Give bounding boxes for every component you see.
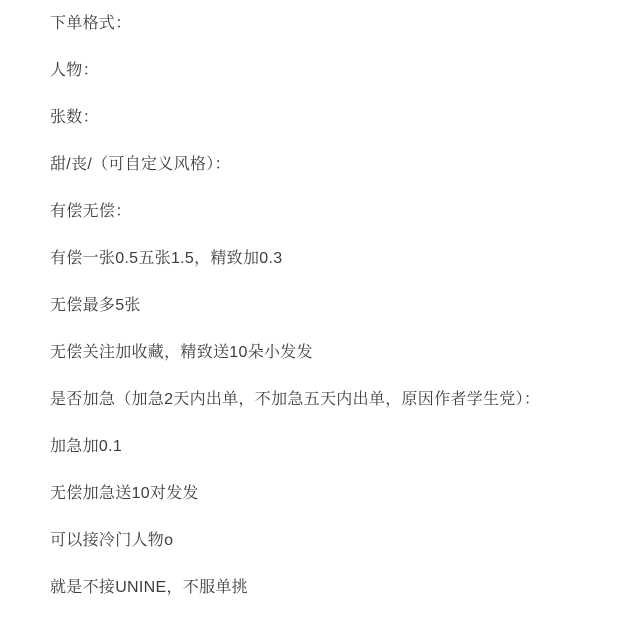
article-body: 下单格式： 人物： 张数： 甜/丧/（可自定义风格）： 有偿无偿： 有偿一张0.… bbox=[0, 0, 640, 618]
paragraph-style-field: 甜/丧/（可自定义风格）： bbox=[50, 156, 600, 173]
paragraph-paid-or-free-field: 有偿无偿： bbox=[50, 203, 600, 220]
paragraph-free-requirements: 无偿关注加收藏，精致送10朵小发发 bbox=[50, 344, 600, 361]
paragraph-paid-pricing: 有偿一张0.5五张1.5，精致加0.3 bbox=[50, 250, 600, 267]
paragraph-rush-pricing: 加急加0.1 bbox=[50, 438, 600, 455]
paragraph-order-format-heading: 下单格式： bbox=[50, 15, 600, 32]
paragraph-refusal-note: 就是不接UNINE，不服单挑 bbox=[50, 579, 600, 596]
paragraph-free-limit: 无偿最多5张 bbox=[50, 297, 600, 314]
paragraph-niche-characters-note: 可以接冷门人物o bbox=[50, 532, 600, 549]
paragraph-free-rush-bonus: 无偿加急送10对发发 bbox=[50, 485, 600, 502]
paragraph-sheet-count-field: 张数： bbox=[50, 109, 600, 126]
paragraph-rush-field: 是否加急（加急2天内出单，不加急五天内出单，原因作者学生党）： bbox=[50, 391, 600, 408]
paragraph-character-field: 人物： bbox=[50, 62, 600, 79]
